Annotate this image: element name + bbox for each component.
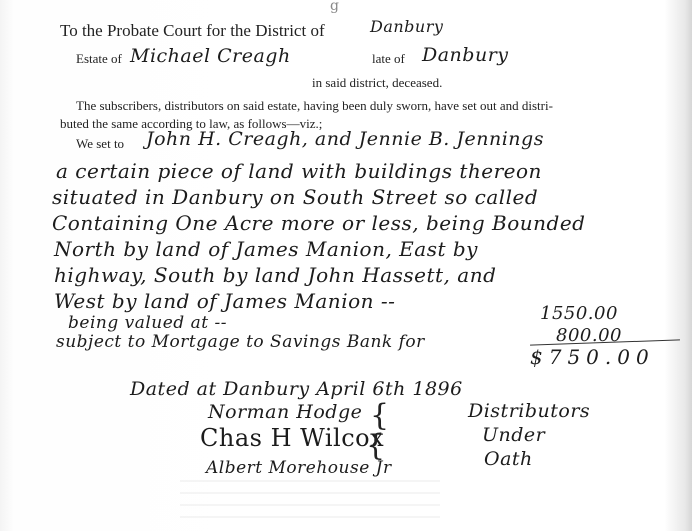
dated-line: Dated at Danbury April 6th 1896: [130, 378, 463, 400]
top-mark: g: [330, 0, 339, 14]
body-line: being valued at --: [68, 313, 227, 333]
net-amount: $750.00: [530, 345, 655, 369]
form-title: To the Probate Court for the District of: [60, 21, 325, 41]
document-page: g To the Probate Court for the District …: [0, 0, 692, 531]
body-line: a certain piece of land with buildings t…: [56, 159, 542, 183]
estate-label: Estate of: [76, 51, 122, 67]
signature-albert-morehouse: Albert Morehouse Jr: [206, 458, 392, 478]
show-through-bleed: [180, 480, 440, 520]
body-line: North by land of James Manion, East by: [54, 237, 478, 261]
body-line: Containing One Acre more or less, being …: [52, 211, 585, 235]
body-line: subject to Mortgage to Savings Bank for: [56, 332, 425, 352]
side-note-oath: Oath: [484, 448, 533, 470]
heirs-names: John H. Creagh, and Jennie B. Jennings: [146, 128, 544, 150]
district-name: Danbury: [370, 17, 443, 36]
we-set-to-label: We set to: [76, 136, 124, 152]
body-line: West by land of James Manion --: [54, 289, 395, 313]
valued-amount: 1550.00: [540, 303, 618, 324]
signature-norman-hodge: Norman Hodge: [208, 401, 362, 423]
late-of-label: late of: [372, 51, 405, 67]
late-of-place: Danbury: [422, 44, 509, 66]
side-note-under: Under: [482, 424, 545, 446]
decedent-name: Michael Creagh: [130, 45, 291, 67]
district-suffix: in said district, deceased.: [312, 75, 442, 91]
signature-chas-wilcox: Chas H Wilcox: [200, 424, 384, 452]
body-line: situated in Danbury on South Street so c…: [52, 185, 538, 209]
side-note-distributors: Distributors: [468, 400, 590, 422]
preamble-line-1: The subscribers, distributors on said es…: [76, 98, 553, 114]
body-line: highway, South by land John Hassett, and: [54, 263, 496, 287]
brace-mark: {: [366, 428, 385, 463]
